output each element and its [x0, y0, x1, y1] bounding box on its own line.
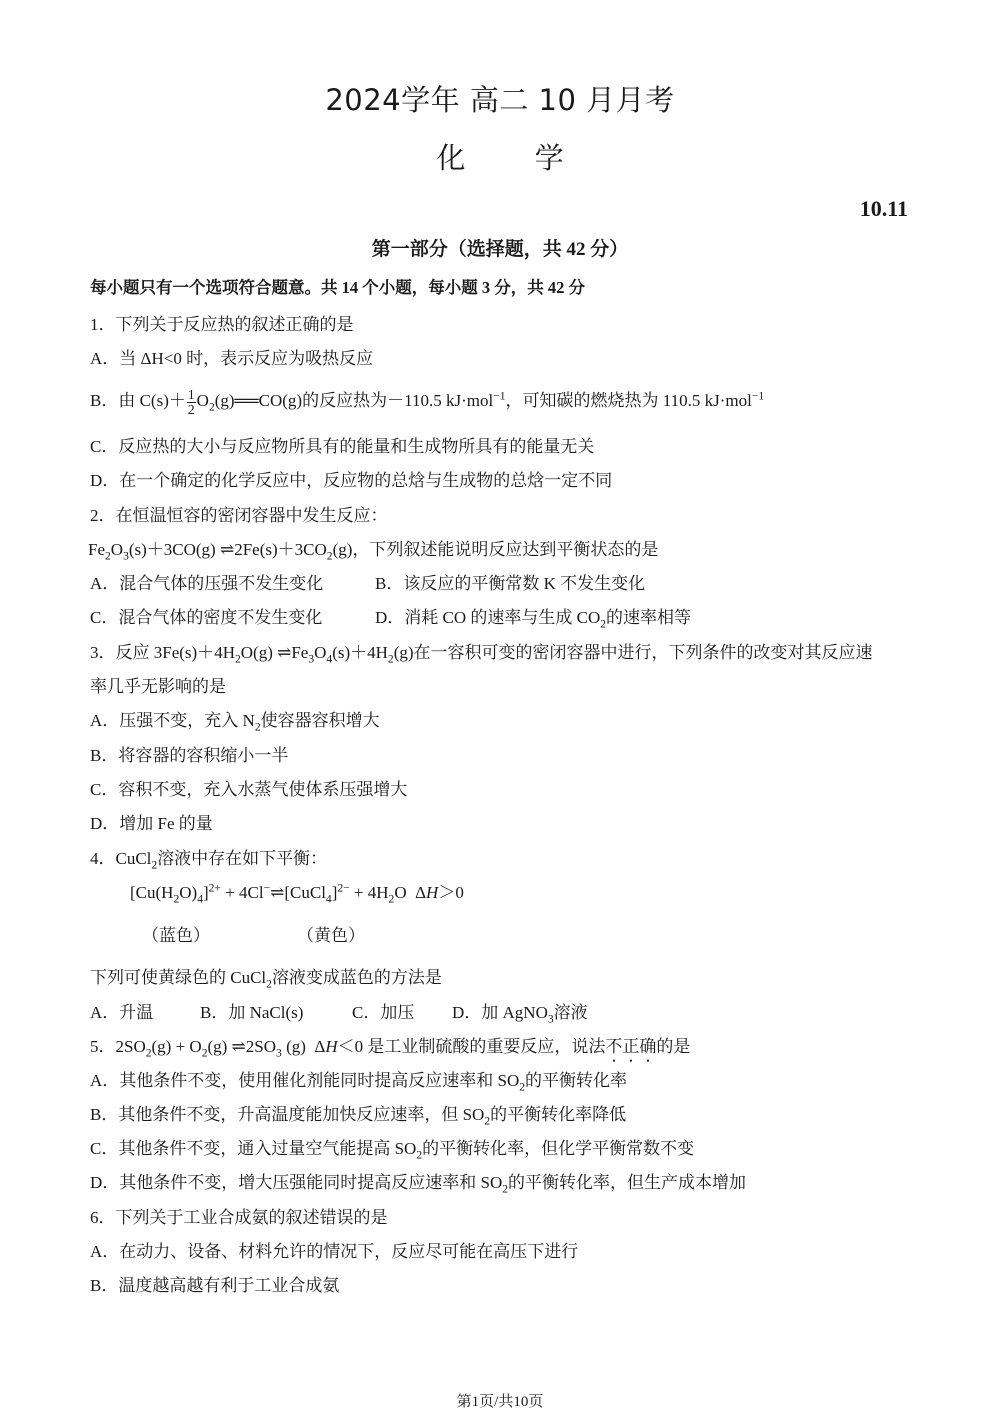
question-2-stem: 2．在恒温恒容的密闭容器中发生反应：	[90, 501, 388, 526]
question-4-option-c: C．加压	[352, 998, 414, 1023]
question-text: 下列关于反应热的叙述正确的是	[116, 315, 354, 334]
question-2-option-d: D．消耗 CO 的速率与生成 CO2的速率相等	[375, 603, 691, 628]
option-text: D．加 AgNO	[452, 1003, 548, 1022]
page-number: 第1页/共10页	[0, 1390, 1000, 1411]
question-4-label-yellow: （黄色）	[297, 921, 365, 946]
question-text: 是工业制硫酸的重要反应，说法	[367, 1037, 605, 1056]
exam-date: 10.11	[860, 196, 908, 222]
question-4-stem: 4．CuCl2溶液中存在如下平衡：	[90, 844, 327, 869]
question-text: 下列叙述能说明反应达到平衡状态的是	[369, 540, 658, 559]
equilibrium-arrow-icon: ⇌	[270, 883, 284, 902]
question-3-stem: 3．反应 3Fe(s)＋4H2O(g) ⇌Fe3O4(s)＋4H2(g)在一容积…	[90, 638, 873, 663]
question-3-option-b: B．将容器的容积缩小一半	[90, 741, 288, 766]
option-text: 的平衡转化率，但化学平衡常数不变	[422, 1139, 694, 1158]
question-text: 溶液变成蓝色的方法是	[272, 968, 442, 987]
option-text: 的平衡转化率降低	[490, 1105, 626, 1124]
option-text: D．其他条件不变，增大压强能同时提高反应速率和 SO	[90, 1173, 502, 1192]
question-2-equation: Fe2O3(s)＋3CO(g) ⇌2Fe(s)＋3CO2(g)，下列叙述能说明反…	[88, 535, 658, 560]
question-number: 3．	[90, 643, 116, 662]
superscript: −1	[493, 389, 505, 402]
option-text: B．由 C(s)＋	[90, 391, 186, 410]
option-text: 的平衡转化率	[525, 1071, 627, 1090]
question-text: 在一容积可变的密闭容器中进行，下列条件的改变对其反应速	[414, 643, 873, 662]
question-5-option-d: D．其他条件不变，增大压强能同时提高反应速率和 SO2的平衡转化率，但生产成本增…	[90, 1168, 746, 1193]
question-1-option-d: D．在一个确定的化学反应中，反应物的总焓与生成物的总焓一定不同	[90, 466, 612, 491]
option-text: 溶液	[554, 1003, 588, 1022]
question-2-option-a: A．混合气体的压强不发生变化	[90, 569, 323, 594]
question-text: 的是	[656, 1037, 690, 1056]
question-text: CuCl	[116, 849, 152, 868]
option-text: C．其他条件不变，通入过量空气能提高 SO	[90, 1139, 416, 1158]
option-text: O	[197, 391, 209, 410]
question-number: 6．	[90, 1208, 116, 1227]
fraction: 12	[187, 388, 196, 416]
question-6-option-b: B．温度越高越有利于工业合成氨	[90, 1271, 339, 1296]
option-text: 使容器容积增大	[261, 711, 380, 730]
question-4-option-a: A．升温	[90, 998, 153, 1023]
option-text: 的平衡转化率，但生产成本增加	[508, 1173, 746, 1192]
exam-title: 2024学年 高二 10 月月考	[0, 78, 1000, 119]
emphasized-text: 不正确	[605, 1037, 656, 1056]
question-6-option-a: A．在动力、设备、材料允许的情况下，反应尽可能在高压下进行	[90, 1237, 578, 1262]
question-4-label-blue: （蓝色）	[142, 921, 210, 946]
option-text: (g)══CO(g)的反应热为－110.5 kJ·mol	[215, 391, 493, 410]
question-4-equation: [Cu(H2O)4]2+ + 4Cl−⇌[CuCl4]2− + 4H2O ΔH＞…	[130, 878, 464, 903]
option-text: B．其他条件不变，升高温度能加快反应速率，但 SO	[90, 1105, 484, 1124]
question-1-option-a: A．当 ΔH<0 时，表示反应为吸热反应	[90, 344, 373, 369]
question-number: 2．	[90, 506, 116, 525]
question-text: 下列可使黄绿色的 CuCl	[90, 968, 266, 987]
question-1-option-c: C．反应热的大小与反应物所具有的能量和生成物所具有的能量无关	[90, 432, 594, 457]
option-text: 的速率相等	[606, 608, 691, 627]
superscript: −1	[752, 389, 764, 402]
question-1-option-b: B．由 C(s)＋12O2(g)══CO(g)的反应热为－110.5 kJ·mo…	[90, 386, 764, 416]
option-text: ，可知碳的燃烧热为 110.5 kJ·mol	[505, 391, 751, 410]
question-number: 1．	[90, 315, 116, 334]
question-2-option-c: C．混合气体的密度不发生变化	[90, 603, 322, 628]
question-6-stem: 6．下列关于工业合成氨的叙述错误的是	[90, 1203, 388, 1228]
option-text: A．其他条件不变，使用催化剂能同时提高反应速率和 SO	[90, 1071, 519, 1090]
question-3-option-a: A．压强不变，充入 N2使容器容积增大	[90, 706, 380, 731]
question-4-option-d: D．加 AgNO3溶液	[452, 998, 588, 1023]
question-3-option-c: C．容积不变，充入水蒸气使体系压强增大	[90, 775, 407, 800]
question-text: 溶液中存在如下平衡：	[157, 849, 327, 868]
question-5-stem: 5．2SO2(g) + O2(g) ⇌2SO3 (g) ΔH＜0 是工业制硫酸的…	[90, 1032, 690, 1066]
question-4-option-b: B．加 NaCl(s)	[200, 998, 303, 1023]
fraction-numerator: 1	[187, 388, 196, 403]
subject-title: 化 学	[0, 136, 1000, 177]
question-4-question: 下列可使黄绿色的 CuCl2溶液变成蓝色的方法是	[90, 963, 442, 988]
question-text: 反应	[116, 643, 154, 662]
question-2-option-b: B．该反应的平衡常数 K 不发生变化	[375, 569, 645, 594]
fraction-denominator: 2	[187, 403, 196, 417]
question-5-option-c: C．其他条件不变，通入过量空气能提高 SO2的平衡转化率，但化学平衡常数不变	[90, 1134, 694, 1159]
question-number: 4．	[90, 849, 116, 868]
question-3-stem-line2: 率几乎无影响的是	[90, 672, 226, 697]
option-text: D．消耗 CO 的速率与生成 CO	[375, 608, 600, 627]
question-number: 5．	[90, 1037, 116, 1056]
question-3-option-d: D．增加 Fe 的量	[90, 809, 213, 834]
question-5-option-a: A．其他条件不变，使用催化剂能同时提高反应速率和 SO2的平衡转化率	[90, 1066, 627, 1091]
question-5-option-b: B．其他条件不变，升高温度能加快反应速率，但 SO2的平衡转化率降低	[90, 1100, 626, 1125]
section-instructions: 每小题只有一个选项符合题意。共 14 个小题，每小题 3 分，共 42 分	[90, 274, 585, 298]
question-text: 下列关于工业合成氨的叙述错误的是	[116, 1208, 388, 1227]
section-title: 第一部分（选择题，共 42 分）	[0, 234, 1000, 261]
option-text: A．压强不变，充入 N	[90, 711, 255, 730]
question-text: 在恒温恒容的密闭容器中发生反应：	[116, 506, 388, 525]
question-1-stem: 1．下列关于反应热的叙述正确的是	[90, 310, 354, 335]
